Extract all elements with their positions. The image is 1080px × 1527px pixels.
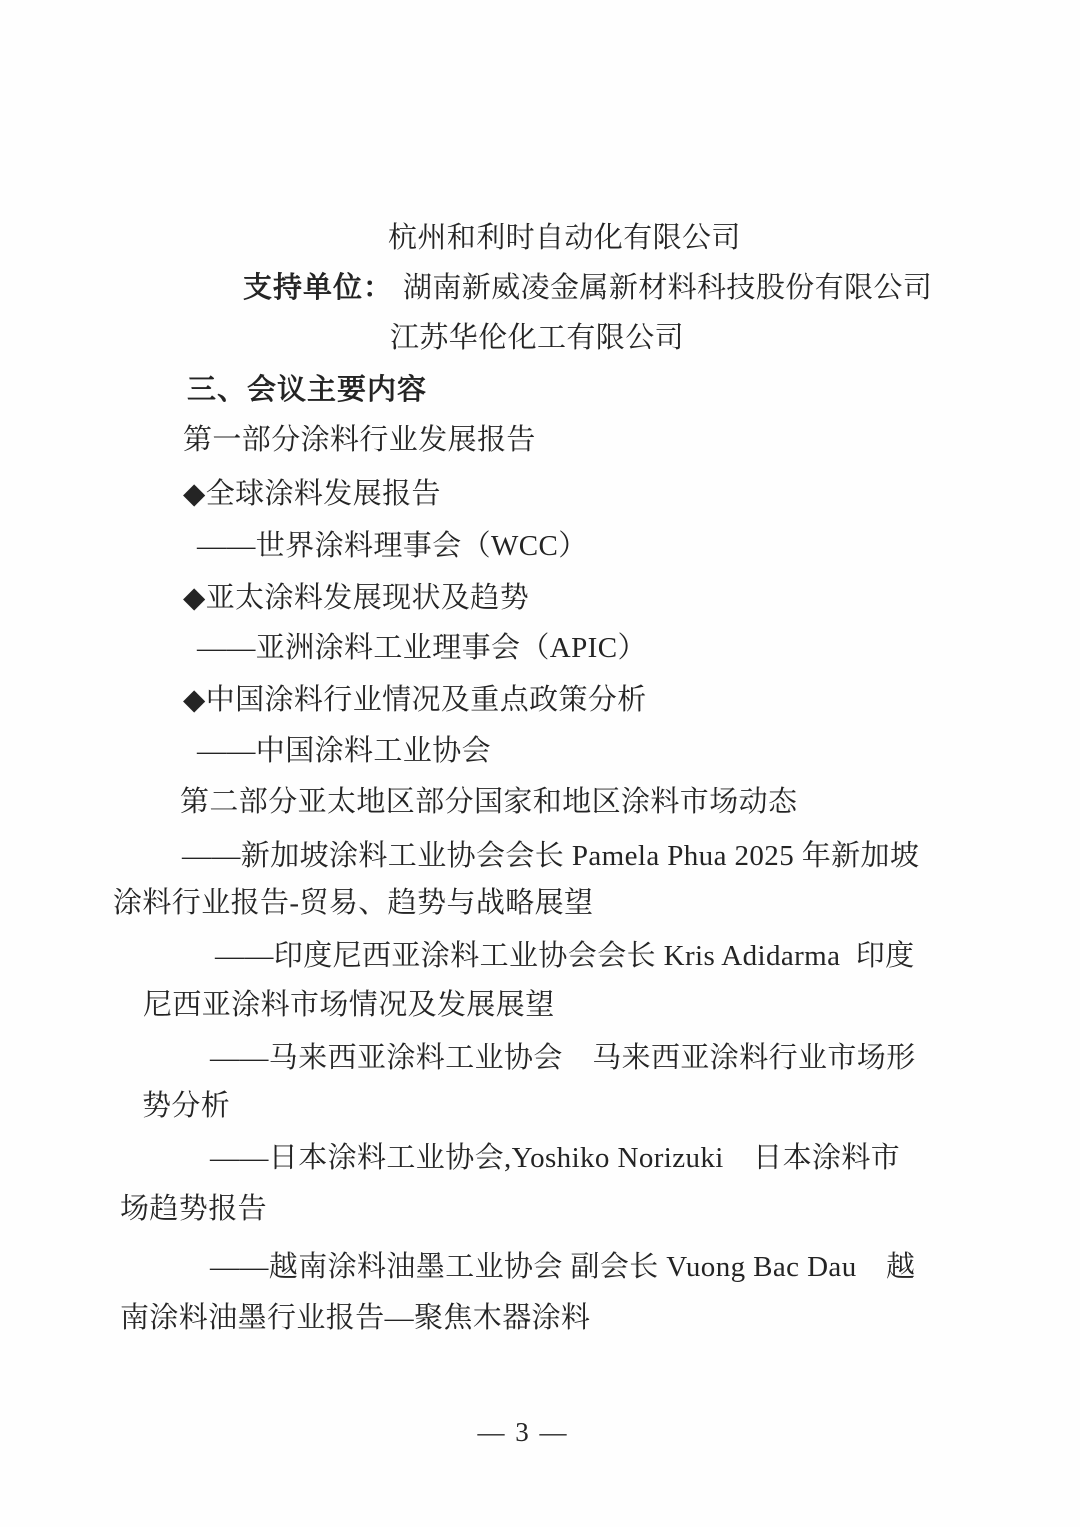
organizer-continuation-line: 杭州和利时自动化有限公司 (388, 221, 741, 255)
agenda-presenter: ——中国涂料工业协会 (197, 734, 491, 768)
agenda-line-wrap: 南涂料油墨行业报告—聚焦木器涂料 (120, 1301, 590, 1335)
agenda-line: ——越南涂料油墨工业协会 副会长 Vuong Bac Dau 越 (210, 1250, 915, 1284)
agenda-line: ——印度尼西亚涂料工业协会会长 Kris Adidarma 印度 (215, 939, 915, 973)
page-number: — 3 — (0, 1417, 1046, 1448)
agenda-line-wrap: 势分析 (142, 1089, 230, 1123)
part1-heading: 第一部分涂料行业发展报告 (183, 423, 536, 457)
agenda-topic: ◆中国涂料行业情况及重点政策分析 (183, 683, 647, 717)
agenda-line-wrap: 尼西亚涂料市场情况及发展展望 (143, 988, 555, 1022)
agenda-presenter: ——亚洲涂料工业理事会（APIC） (197, 631, 647, 665)
agenda-line: ——马来西亚涂料工业协会 马来西亚涂料行业市场形 (210, 1041, 916, 1075)
agenda-line: ——日本涂料工业协会,Yoshiko Norizuki 日本涂料市 (210, 1141, 900, 1175)
section-heading: 三、会议主要内容 (187, 373, 427, 407)
field-label: 支持单位： (243, 272, 393, 304)
agenda-line: ——新加坡涂料工业协会会长 Pamela Phua 2025 年新加坡 (182, 839, 919, 873)
agenda-topic: ◆亚太涂料发展现状及趋势 (183, 581, 529, 615)
document-page: 南涂料油墨行业报告—聚焦木器涂料——越南涂料油墨工业协会 副会长 Vuong B… (0, 0, 1080, 1527)
line-text: 湖南新威凌金属新材料科技股份有限公司 (403, 272, 932, 304)
agenda-topic: ◆全球涂料发展报告 (183, 477, 441, 511)
agenda-line-wrap: 场趋势报告 (120, 1192, 267, 1226)
part2-heading: 第二部分亚太地区部分国家和地区涂料市场动态 (180, 785, 797, 819)
agenda-line-wrap: 涂料行业报告-贸易、趋势与战略展望 (113, 886, 593, 920)
agenda-presenter: ——世界涂料理事会（WCC） (197, 529, 588, 563)
supporting-unit-line: 支持单位：湖南新威凌金属新材料科技股份有限公司 (243, 271, 932, 305)
supporting-unit-line-2: 江苏华伦化工有限公司 (390, 321, 684, 355)
